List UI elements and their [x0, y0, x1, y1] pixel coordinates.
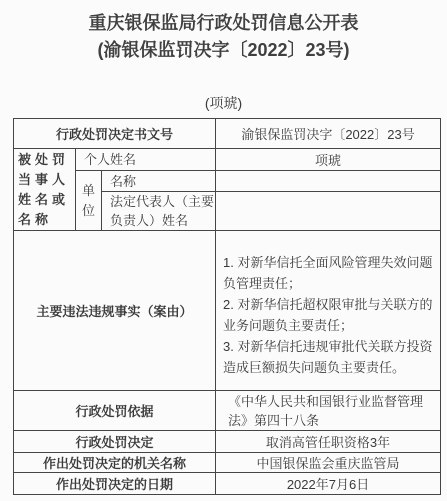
- page-title-line1: 重庆银保监局行政处罚信息公开表: [0, 10, 447, 37]
- basis-label: 行政处罚依据: [14, 391, 216, 431]
- page-title: 重庆银保监局行政处罚信息公开表 (渝银保监罚决字〔2022〕23号): [0, 10, 447, 64]
- authority-label: 作出处罚决定的机关名称: [14, 453, 216, 473]
- doc-number-label: 行政处罚决定书文号: [14, 119, 216, 149]
- legal-rep-value: [216, 192, 441, 231]
- penalty-table: 行政处罚决定书文号 渝银保监罚决字〔2022〕23号 被处罚当事人姓名或名称 个…: [13, 118, 441, 495]
- page-title-line2: (渝银保监罚决字〔2022〕23号): [0, 37, 447, 64]
- subject-name-caption: (项琥): [0, 95, 447, 111]
- doc-number-value: 渝银保监罚决字〔2022〕23号: [216, 119, 441, 149]
- unit-label: 单位: [76, 171, 102, 231]
- row-decision: 行政处罚决定 取消高管任职资格3年: [14, 431, 441, 453]
- row-facts: 主要违法违规事实（案由） 1. 对新华信托全面风险管理失效问题负管理责任； 2.…: [14, 231, 441, 391]
- decision-value: 取消高管任职资格3年: [216, 431, 441, 453]
- row-basis: 行政处罚依据 《中华人民共和国银行业监督管理法》第四十八条: [14, 391, 441, 431]
- legal-rep-label: 法定代表人（主要负责人）姓名: [102, 192, 216, 231]
- date-value: 2022年7月6日: [216, 473, 441, 495]
- penalty-disclosure-document: 重庆银保监局行政处罚信息公开表 (渝银保监罚决字〔2022〕23号) (项琥) …: [0, 0, 447, 501]
- unit-name-value: [216, 171, 441, 192]
- row-authority: 作出处罚决定的机关名称 中国银保监会重庆监管局: [14, 453, 441, 473]
- individual-name-label: 个人姓名: [76, 149, 216, 171]
- decision-label: 行政处罚决定: [14, 431, 216, 453]
- authority-value: 中国银保监会重庆监管局: [216, 453, 441, 473]
- date-label: 作出处罚决定的日期: [14, 473, 216, 495]
- row-doc-number: 行政处罚决定书文号 渝银保监罚决字〔2022〕23号: [14, 119, 441, 149]
- row-date: 作出处罚决定的日期 2022年7月6日: [14, 473, 441, 495]
- row-unit-name: 单位 名称: [14, 171, 441, 192]
- punished-party-group-label: 被处罚当事人姓名或名称: [14, 149, 76, 231]
- row-individual-name: 被处罚当事人姓名或名称 个人姓名 项琥: [14, 149, 441, 171]
- basis-value: 《中华人民共和国银行业监督管理法》第四十八条: [216, 391, 441, 431]
- facts-label: 主要违法违规事实（案由）: [14, 231, 216, 391]
- individual-name-value: 项琥: [216, 149, 441, 171]
- unit-name-label: 名称: [102, 171, 216, 192]
- facts-value: 1. 对新华信托全面风险管理失效问题负管理责任； 2. 对新华信托超权限审批与关…: [216, 231, 441, 391]
